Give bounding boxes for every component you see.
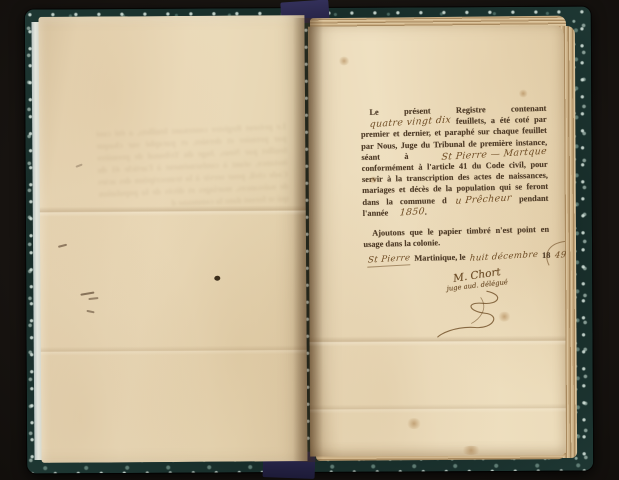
foxing-spot [406, 418, 422, 429]
pen-flourish [535, 239, 569, 267]
ink-mark [86, 310, 94, 314]
scan-background: Le présent Registre contenant feuillets,… [0, 0, 619, 480]
ink-mark [80, 291, 94, 295]
printed-text: Martinique, le [414, 252, 465, 264]
ink-mark [58, 244, 67, 248]
paragraph-papier-timbre: Ajoutons que le papier timbré n'est poin… [363, 224, 549, 251]
ink-mark [88, 297, 98, 300]
foxing-spot [338, 56, 350, 65]
handwritten-year: 1850 [390, 206, 425, 219]
handwritten-commune: u Prêcheur [446, 192, 512, 207]
page-crease [40, 205, 306, 217]
foxing-spot [518, 90, 528, 98]
signature-flourish-icon [434, 289, 521, 339]
bleed-through-text: Le présent Registre contenant feuillets,… [96, 120, 289, 212]
dateline: St Pierre Martinique, le huit décembre 1… [364, 250, 550, 267]
right-page: Le présent Registre contenant quatre vin… [308, 25, 566, 456]
page-crease [310, 403, 566, 413]
handwritten-date: huit décembre [469, 250, 538, 265]
ink-mark [75, 163, 82, 167]
left-page: Le présent Registre contenant feuillets,… [38, 15, 307, 463]
page-crease [41, 345, 307, 356]
ink-blot [214, 276, 220, 281]
signature-block: M. Chort juge aud. délégué [422, 269, 534, 339]
register-statement: Le présent Registre contenant quatre vin… [360, 103, 551, 340]
foxing-spot [460, 446, 482, 455]
paragraph-registre: Le présent Registre contenant quatre vin… [360, 103, 548, 219]
handwritten-place: St Pierre [367, 254, 411, 269]
